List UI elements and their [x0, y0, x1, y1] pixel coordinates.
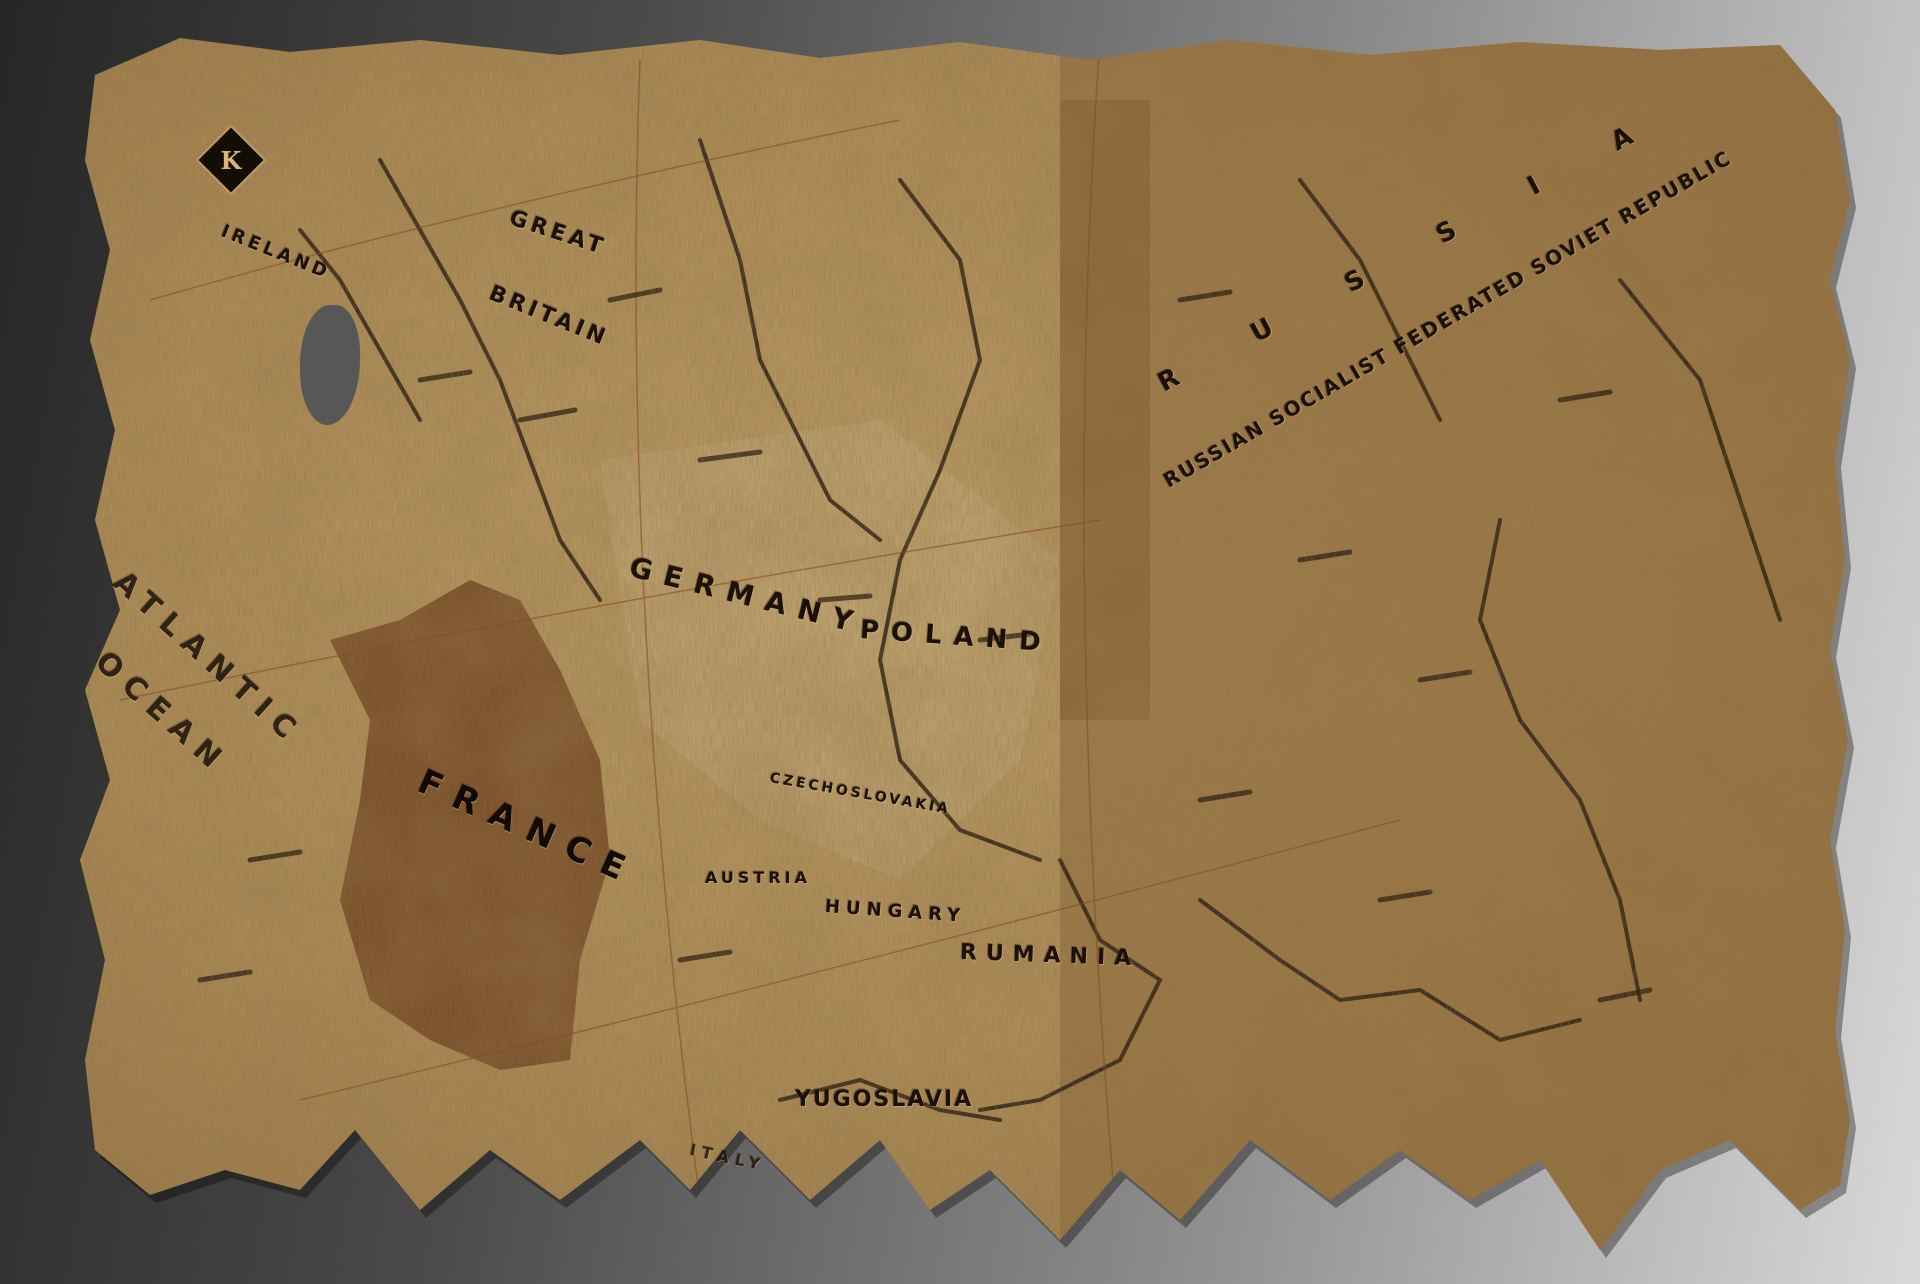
label-austria: AUSTRIA: [705, 868, 811, 887]
aged-map-scene: K GREAT BRITAIN IRELAND ATLANTIC OCEAN F…: [0, 0, 1920, 1284]
label-yugoslavia: YUGOSLAVIA: [795, 1087, 973, 1112]
